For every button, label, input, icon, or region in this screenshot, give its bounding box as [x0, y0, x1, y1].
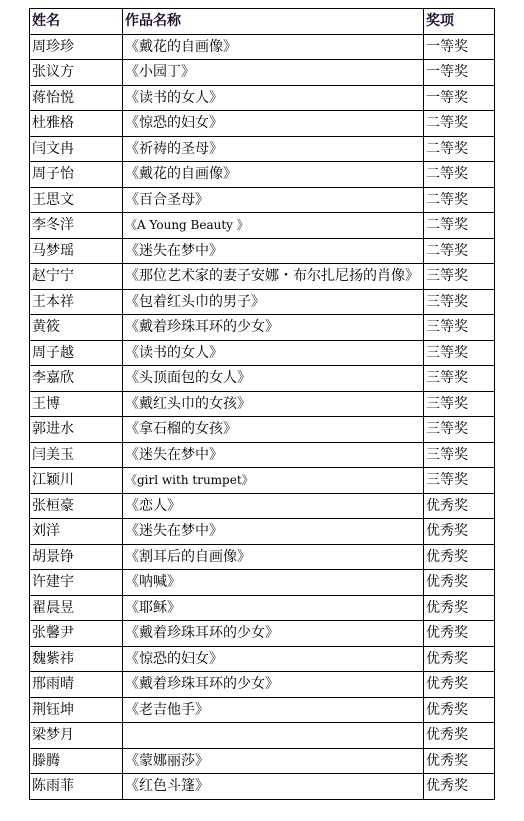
- cell-name: 蒋怡悦: [30, 85, 123, 111]
- table-row: 邢雨晴《戴着珍珠耳环的少女》优秀奖: [30, 672, 495, 698]
- cell-work-title: 《包着红头巾的男子》: [123, 289, 424, 315]
- cell-work-title: 《恋人》: [123, 493, 424, 519]
- cell-work-title: 《割耳后的自画像》: [123, 544, 424, 570]
- table-body: 周珍珍《戴花的自画像》一等奖张议方《小园丁》一等奖蒋怡悦《读书的女人》一等奖杜雅…: [30, 34, 495, 799]
- cell-award: 一等奖: [424, 34, 495, 60]
- table-row: 王博《戴红头巾的女孩》三等奖: [30, 391, 495, 417]
- cell-award: 优秀奖: [424, 519, 495, 545]
- cell-work-title: 《蒙娜丽莎》: [123, 748, 424, 774]
- cell-award: 优秀奖: [424, 748, 495, 774]
- cell-name: 黄筱: [30, 315, 123, 341]
- cell-award: 优秀奖: [424, 493, 495, 519]
- cell-work-title: 《红色斗篷》: [123, 774, 424, 800]
- table-row: 郭进水《拿石榴的女孩》三等奖: [30, 417, 495, 443]
- cell-award: 二等奖: [424, 187, 495, 213]
- table-row: 蒋怡悦《读书的女人》一等奖: [30, 85, 495, 111]
- cell-award: 三等奖: [424, 264, 495, 290]
- cell-name: 赵宁宁: [30, 264, 123, 290]
- cell-award: 三等奖: [424, 315, 495, 341]
- cell-name: 马梦瑶: [30, 238, 123, 264]
- table-row: 马梦瑶《迷失在梦中》二等奖: [30, 238, 495, 264]
- cell-name: 周珍珍: [30, 34, 123, 60]
- table-row: 翟晨昱《耶稣》优秀奖: [30, 595, 495, 621]
- cell-award: 二等奖: [424, 162, 495, 188]
- cell-work-title: 《戴红头巾的女孩》: [123, 391, 424, 417]
- cell-name: 张馨尹: [30, 621, 123, 647]
- cell-award: 优秀奖: [424, 595, 495, 621]
- cell-award: 优秀奖: [424, 544, 495, 570]
- cell-award: 优秀奖: [424, 723, 495, 749]
- cell-work-title: [123, 723, 424, 749]
- cell-work-title: 《小园丁》: [123, 60, 424, 86]
- cell-work-title: 《那位艺术家的妻子安娜・布尔扎尼扬的肖像》: [123, 264, 424, 290]
- cell-work-title: 《耶稣》: [123, 595, 424, 621]
- table-row: 李冬洋《A Young Beauty 》二等奖: [30, 213, 495, 239]
- cell-name: 周子怡: [30, 162, 123, 188]
- cell-award: 优秀奖: [424, 621, 495, 647]
- cell-name: 张议方: [30, 60, 123, 86]
- table-row: 许建宇《呐喊》优秀奖: [30, 570, 495, 596]
- cell-name: 王思文: [30, 187, 123, 213]
- table-row: 荆钰坤《老吉他手》优秀奖: [30, 697, 495, 723]
- table-row: 周子怡《戴花的自画像》二等奖: [30, 162, 495, 188]
- cell-name: 张桓豪: [30, 493, 123, 519]
- table-row: 闫美玉《迷失在梦中》三等奖: [30, 442, 495, 468]
- cell-work-title: 《迷失在梦中》: [123, 519, 424, 545]
- cell-name: 郭进水: [30, 417, 123, 443]
- cell-name: 闫美玉: [30, 442, 123, 468]
- cell-name: 荆钰坤: [30, 697, 123, 723]
- table-row: 王思文《百合圣母》二等奖: [30, 187, 495, 213]
- table-row: 闫文冉《祈祷的圣母》二等奖: [30, 136, 495, 162]
- cell-name: 李嘉欣: [30, 366, 123, 392]
- cell-work-title: 《呐喊》: [123, 570, 424, 596]
- cell-work-title: 《戴花的自画像》: [123, 162, 424, 188]
- cell-name: 李冬洋: [30, 213, 123, 239]
- table-row: 王本祥《包着红头巾的男子》三等奖: [30, 289, 495, 315]
- cell-award: 优秀奖: [424, 697, 495, 723]
- cell-name: 周子越: [30, 340, 123, 366]
- cell-name: 闫文冉: [30, 136, 123, 162]
- cell-award: 三等奖: [424, 468, 495, 494]
- cell-award: 三等奖: [424, 442, 495, 468]
- cell-work-title: 《迷失在梦中》: [123, 238, 424, 264]
- cell-name: 邢雨晴: [30, 672, 123, 698]
- cell-work-title: 《老吉他手》: [123, 697, 424, 723]
- cell-award: 一等奖: [424, 60, 495, 86]
- cell-award: 二等奖: [424, 111, 495, 137]
- table-row: 杜雅格《惊恐的妇女》二等奖: [30, 111, 495, 137]
- cell-name: 刘洋: [30, 519, 123, 545]
- cell-award: 三等奖: [424, 340, 495, 366]
- cell-work-title: 《读书的女人》: [123, 85, 424, 111]
- cell-name: 翟晨昱: [30, 595, 123, 621]
- cell-name: 江颖川: [30, 468, 123, 494]
- cell-work-title: 《祈祷的圣母》: [123, 136, 424, 162]
- table-row: 李嘉欣《头顶面包的女人》三等奖: [30, 366, 495, 392]
- cell-award: 优秀奖: [424, 774, 495, 800]
- table-row: 周珍珍《戴花的自画像》一等奖: [30, 34, 495, 60]
- cell-name: 胡景铮: [30, 544, 123, 570]
- table-row: 滕腾《蒙娜丽莎》优秀奖: [30, 748, 495, 774]
- table-row: 江颖川《girl with trumpet》三等奖: [30, 468, 495, 494]
- header-name: 姓名: [30, 9, 123, 35]
- table-row: 张桓豪《恋人》优秀奖: [30, 493, 495, 519]
- table-row: 梁梦月优秀奖: [30, 723, 495, 749]
- award-results-table: 姓名 作品名称 奖项 周珍珍《戴花的自画像》一等奖张议方《小园丁》一等奖蒋怡悦《…: [29, 8, 495, 800]
- cell-award: 一等奖: [424, 85, 495, 111]
- cell-name: 陈雨菲: [30, 774, 123, 800]
- cell-work-title: 《A Young Beauty 》: [123, 213, 424, 239]
- cell-work-title: 《戴着珍珠耳环的少女》: [123, 672, 424, 698]
- cell-work-title: 《惊恐的妇女》: [123, 111, 424, 137]
- cell-work-title: 《迷失在梦中》: [123, 442, 424, 468]
- cell-work-title: 《头顶面包的女人》: [123, 366, 424, 392]
- cell-name: 王博: [30, 391, 123, 417]
- cell-award: 三等奖: [424, 391, 495, 417]
- cell-work-title: 《惊恐的妇女》: [123, 646, 424, 672]
- cell-name: 魏紫祎: [30, 646, 123, 672]
- header-work-title: 作品名称: [123, 9, 424, 35]
- cell-work-title: 《戴花的自画像》: [123, 34, 424, 60]
- cell-award: 优秀奖: [424, 672, 495, 698]
- cell-work-title: 《girl with trumpet》: [123, 468, 424, 494]
- cell-name: 许建宇: [30, 570, 123, 596]
- header-award: 奖项: [424, 9, 495, 35]
- cell-name: 梁梦月: [30, 723, 123, 749]
- table-row: 魏紫祎《惊恐的妇女》优秀奖: [30, 646, 495, 672]
- table-row: 刘洋《迷失在梦中》优秀奖: [30, 519, 495, 545]
- cell-work-title: 《戴着珍珠耳环的少女》: [123, 315, 424, 341]
- table-row: 胡景铮《割耳后的自画像》优秀奖: [30, 544, 495, 570]
- cell-work-title: 《拿石榴的女孩》: [123, 417, 424, 443]
- cell-award: 优秀奖: [424, 570, 495, 596]
- cell-award: 二等奖: [424, 238, 495, 264]
- cell-award: 三等奖: [424, 289, 495, 315]
- cell-award: 三等奖: [424, 417, 495, 443]
- cell-work-title: 《读书的女人》: [123, 340, 424, 366]
- cell-work-title: 《戴着珍珠耳环的少女》: [123, 621, 424, 647]
- table-row: 周子越《读书的女人》三等奖: [30, 340, 495, 366]
- table-row: 黄筱《戴着珍珠耳环的少女》三等奖: [30, 315, 495, 341]
- cell-award: 二等奖: [424, 213, 495, 239]
- cell-name: 杜雅格: [30, 111, 123, 137]
- table-row: 张馨尹《戴着珍珠耳环的少女》优秀奖: [30, 621, 495, 647]
- cell-name: 王本祥: [30, 289, 123, 315]
- table-row: 赵宁宁《那位艺术家的妻子安娜・布尔扎尼扬的肖像》三等奖: [30, 264, 495, 290]
- cell-award: 优秀奖: [424, 646, 495, 672]
- cell-name: 滕腾: [30, 748, 123, 774]
- cell-award: 二等奖: [424, 136, 495, 162]
- header-row: 姓名 作品名称 奖项: [30, 9, 495, 35]
- cell-work-title: 《百合圣母》: [123, 187, 424, 213]
- cell-award: 三等奖: [424, 366, 495, 392]
- table-row: 张议方《小园丁》一等奖: [30, 60, 495, 86]
- table-row: 陈雨菲《红色斗篷》优秀奖: [30, 774, 495, 800]
